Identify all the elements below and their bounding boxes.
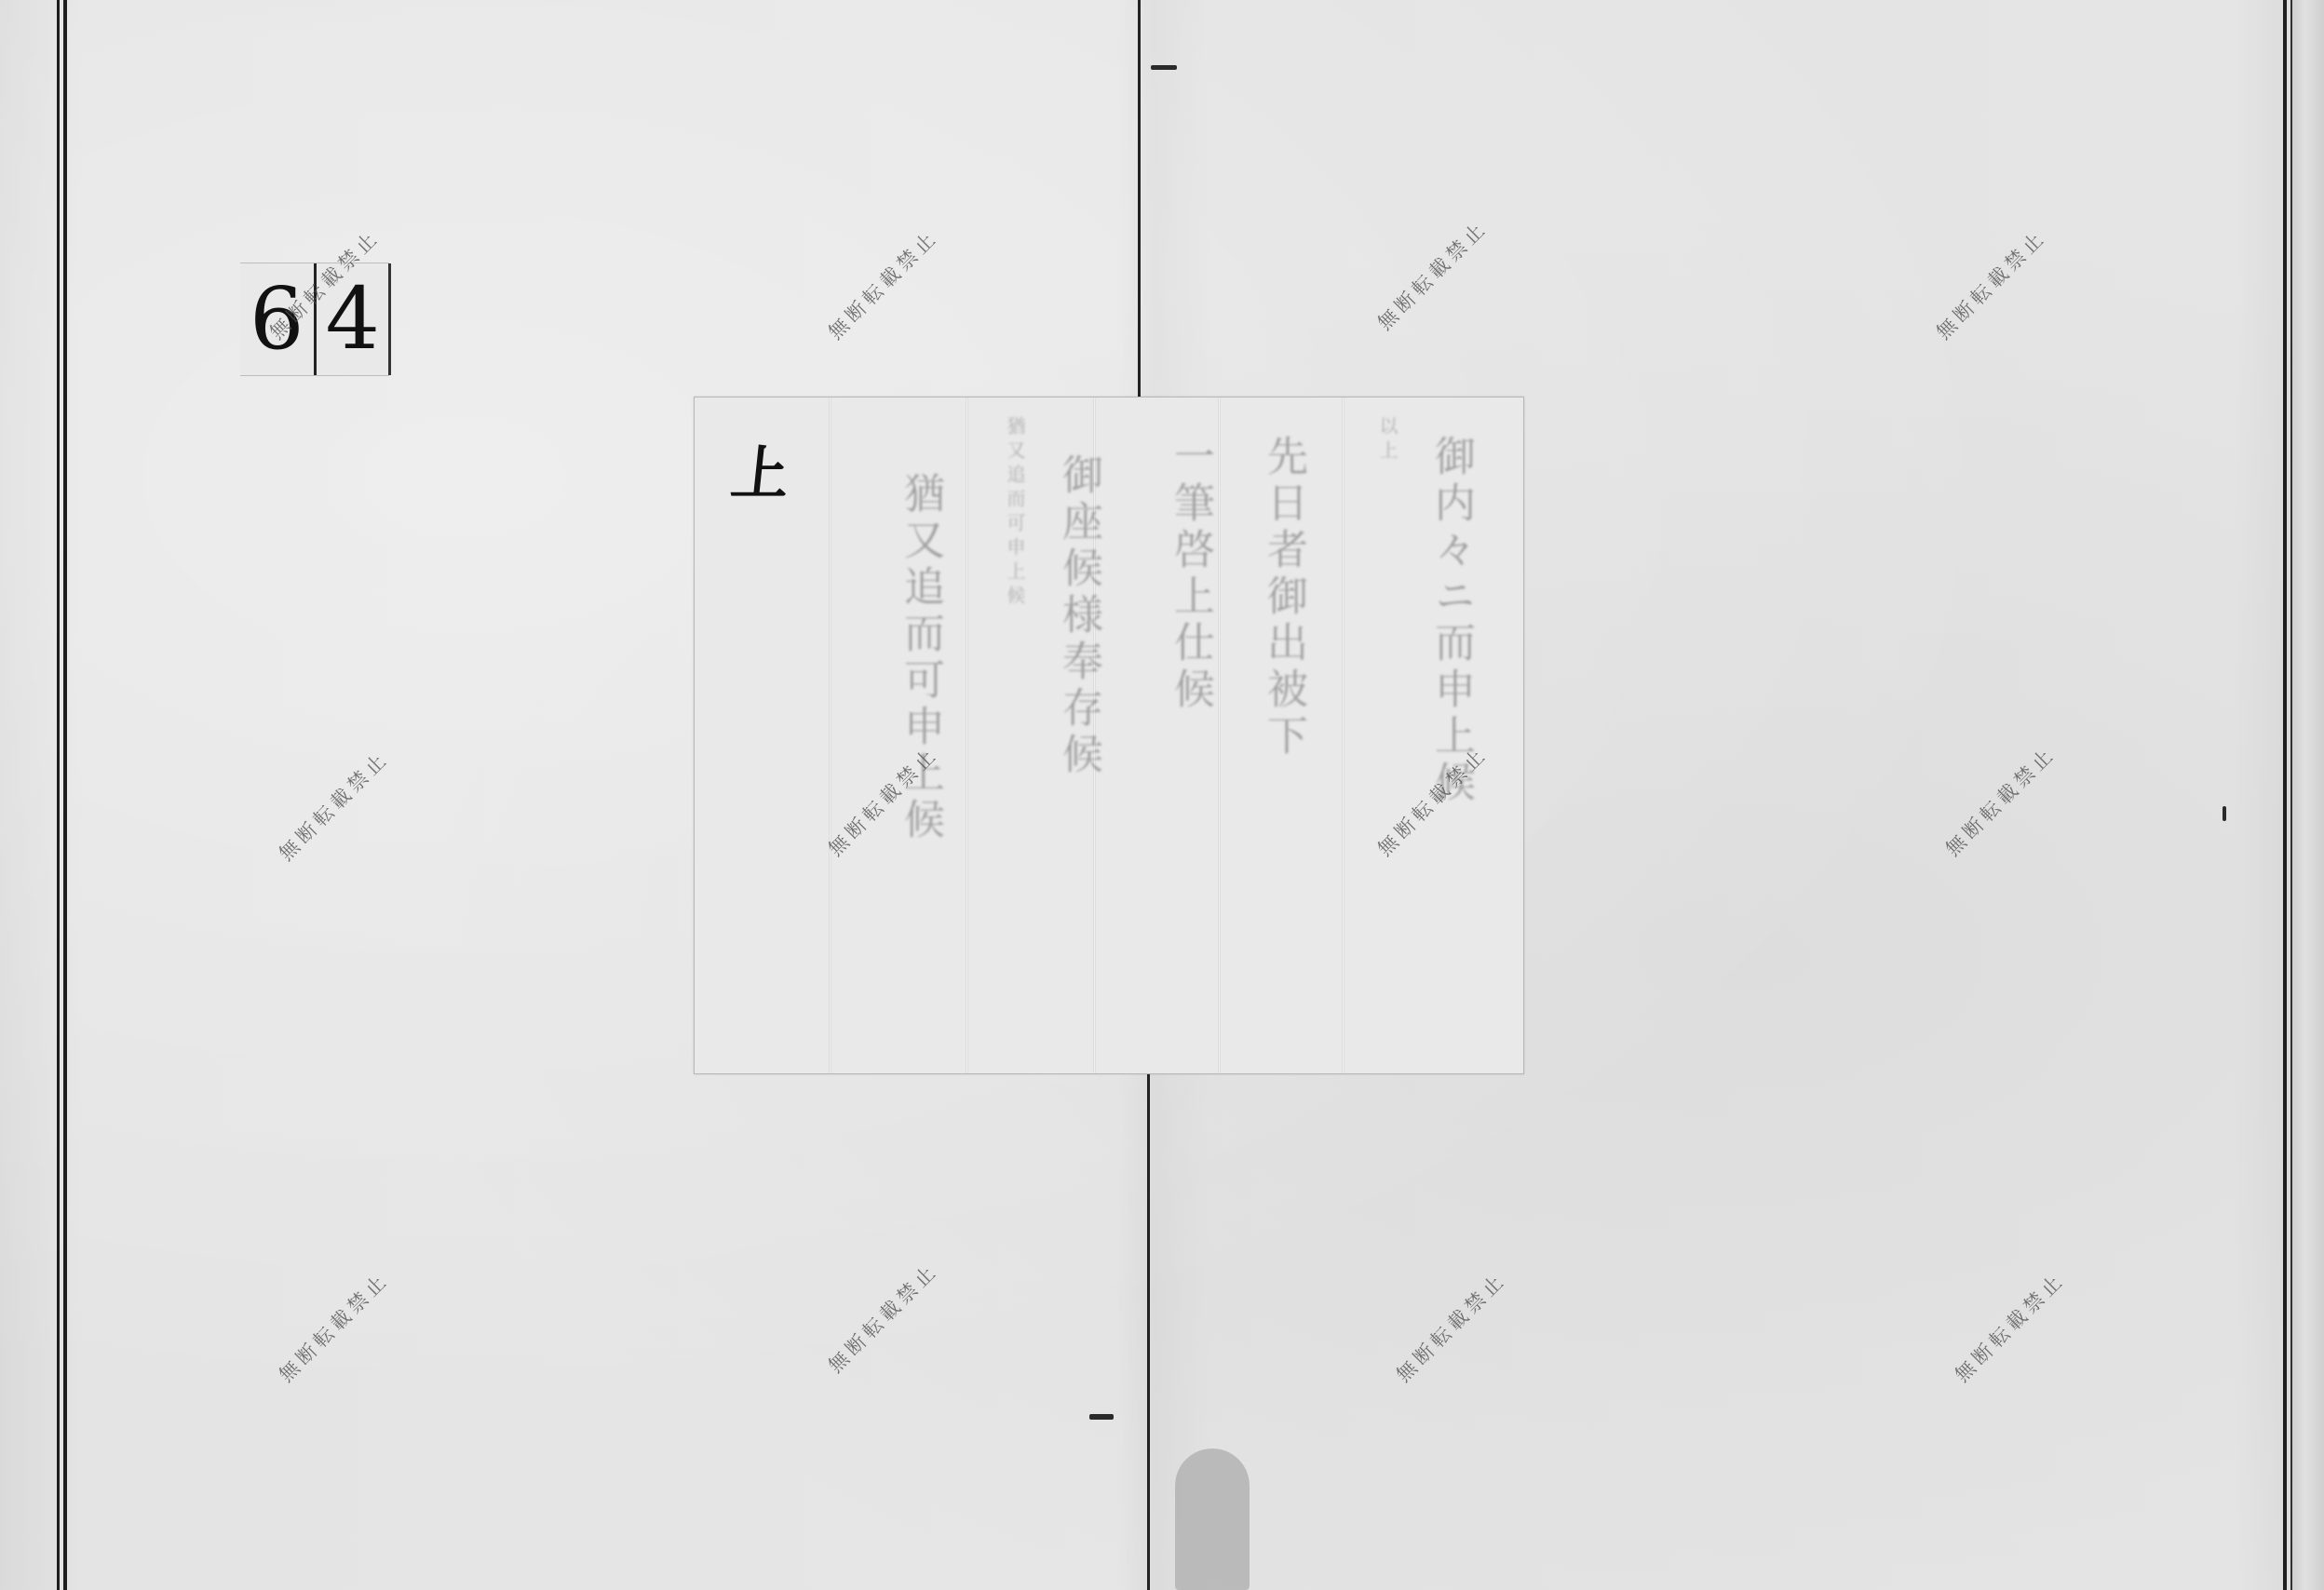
center-gutter-line-top bbox=[1138, 0, 1141, 397]
binding-border-left-outer bbox=[57, 0, 60, 1590]
fold-line bbox=[1342, 397, 1344, 1073]
handwriting-column: 以上 bbox=[1374, 416, 1401, 465]
fold-line bbox=[966, 397, 968, 1073]
binding-border-right-outer bbox=[2283, 0, 2287, 1590]
handwriting-column: 御座候様奉存候 bbox=[1048, 453, 1108, 779]
binding-border-right-inner bbox=[2290, 0, 2292, 1590]
handwriting-column: 一筆啓上仕候 bbox=[1160, 435, 1220, 714]
scan-speck bbox=[1151, 65, 1177, 70]
handwriting-column: 先日者御出被下 bbox=[1253, 435, 1313, 761]
binding-border-left-inner bbox=[63, 0, 67, 1590]
heading-character: 上 bbox=[727, 427, 793, 510]
handwriting-column: 猶又追而可申上候 bbox=[1002, 416, 1029, 610]
fold-line bbox=[829, 397, 831, 1073]
letter-paper: 上 御内々ニ而申上候 以上 先日者御出被下 一筆啓上仕候 御座候様奉存候 猶又追… bbox=[694, 397, 1524, 1074]
paper-stain bbox=[1175, 1449, 1250, 1590]
scan-speck bbox=[2223, 806, 2226, 821]
page-edge-right bbox=[2292, 0, 2324, 1590]
scan-speck bbox=[1089, 1414, 1114, 1420]
center-gutter-line-bottom bbox=[1147, 1071, 1150, 1590]
